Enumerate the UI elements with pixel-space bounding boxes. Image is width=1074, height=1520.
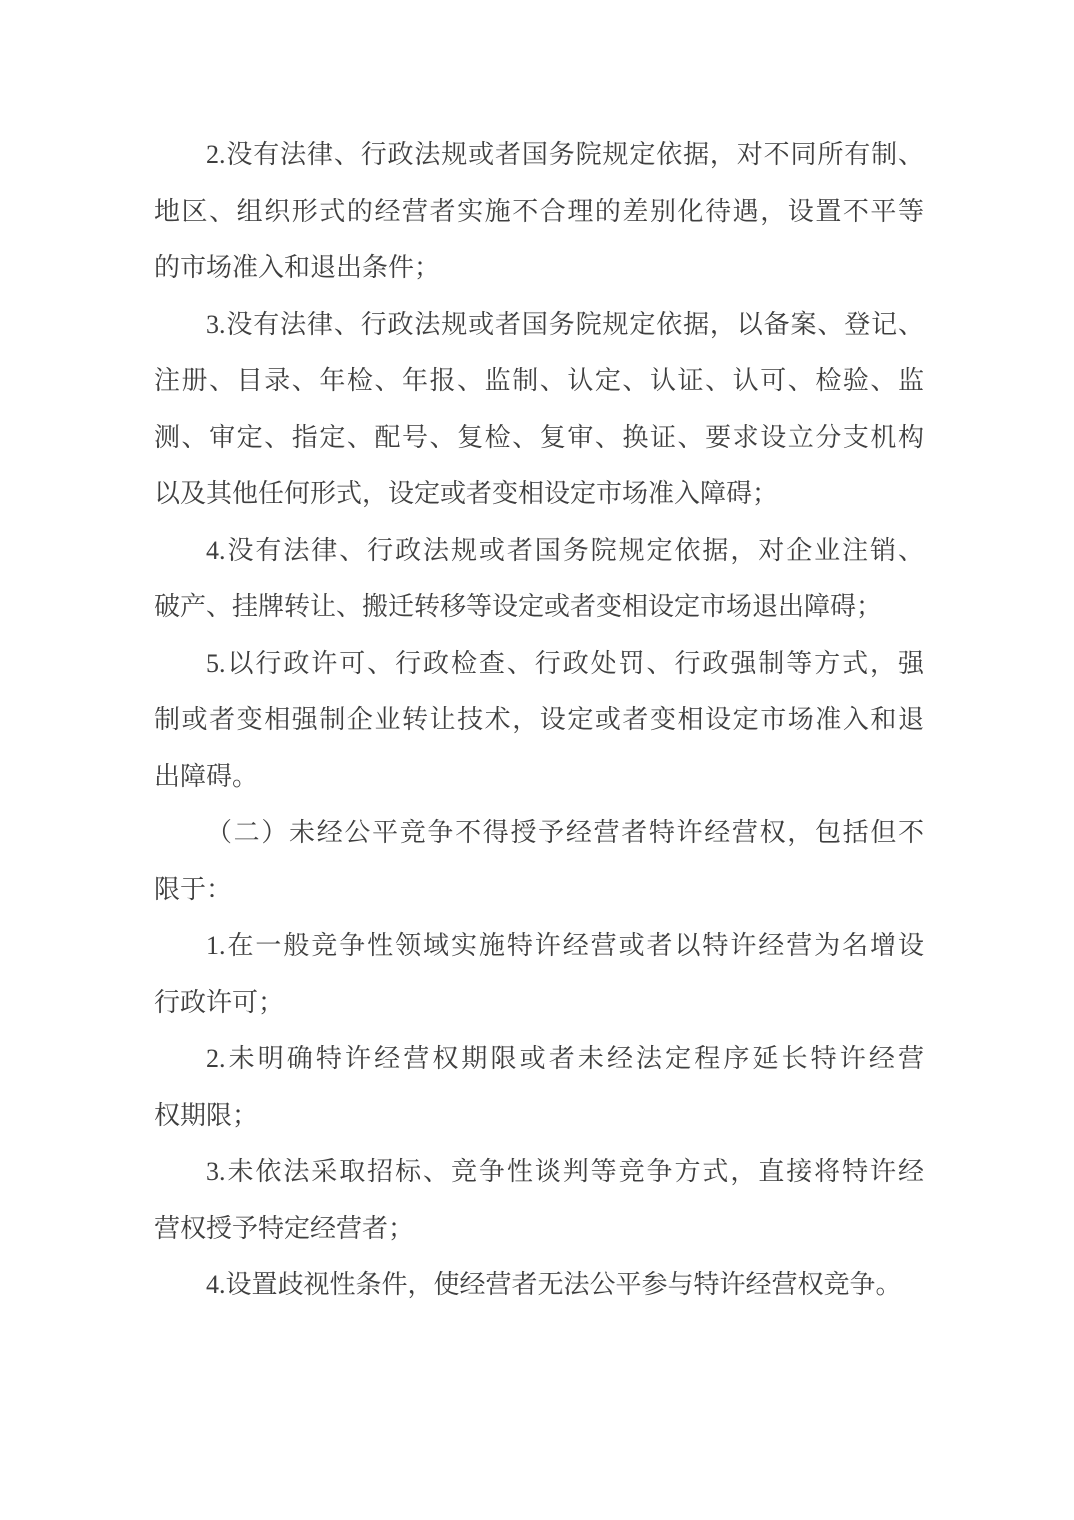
text-line: 破产、挂牌转让、搬迁转移等设定或者变相设定市场退出障碍； xyxy=(154,579,924,636)
text-line: 2.未明确特许经营权期限或者未经法定程序延长特许经营 xyxy=(154,1031,924,1088)
text-line: 出障碍。 xyxy=(154,749,924,806)
text-line: 限于： xyxy=(154,862,924,919)
text-line: 营权授予特定经营者； xyxy=(154,1201,924,1258)
text-line: 地区、组织形式的经营者实施不合理的差别化待遇，设置不平等 xyxy=(154,184,924,241)
text-line: 4.设置歧视性条件，使经营者无法公平参与特许经营权竞争。 xyxy=(154,1257,924,1314)
paragraph-item-1-3: 3.没有法律、行政法规或者国务院规定依据，以备案、登记、注册、目录、年检、年报、… xyxy=(154,297,924,523)
document-body: 2.没有法律、行政法规或者国务院规定依据，对不同所有制、地区、组织形式的经营者实… xyxy=(154,127,924,1314)
text-line: （二）未经公平竞争不得授予经营者特许经营权，包括但不 xyxy=(154,805,924,862)
text-line: 3.未依法采取招标、竞争性谈判等竞争方式，直接将特许经 xyxy=(154,1144,924,1201)
paragraph-item-1-5: 5.以行政许可、行政检查、行政处罚、行政强制等方式，强制或者变相强制企业转让技术… xyxy=(154,636,924,806)
text-line: 测、审定、指定、配号、复检、复审、换证、要求设立分支机构 xyxy=(154,410,924,467)
text-line: 4.没有法律、行政法规或者国务院规定依据，对企业注销、 xyxy=(154,523,924,580)
text-line: 的市场准入和退出条件； xyxy=(154,240,924,297)
text-line: 以及其他任何形式，设定或者变相设定市场准入障碍； xyxy=(154,466,924,523)
text-line: 5.以行政许可、行政检查、行政处罚、行政强制等方式，强 xyxy=(154,636,924,693)
paragraph-section-2-heading: （二）未经公平竞争不得授予经营者特许经营权，包括但不限于： xyxy=(154,805,924,918)
text-line: 3.没有法律、行政法规或者国务院规定依据，以备案、登记、 xyxy=(154,297,924,354)
text-line: 制或者变相强制企业转让技术，设定或者变相设定市场准入和退 xyxy=(154,692,924,749)
text-line: 注册、目录、年检、年报、监制、认定、认证、认可、检验、监 xyxy=(154,353,924,410)
paragraph-item-2-2: 2.未明确特许经营权期限或者未经法定程序延长特许经营权期限； xyxy=(154,1031,924,1144)
paragraph-item-2-3: 3.未依法采取招标、竞争性谈判等竞争方式，直接将特许经营权授予特定经营者； xyxy=(154,1144,924,1257)
text-line: 2.没有法律、行政法规或者国务院规定依据，对不同所有制、 xyxy=(154,127,924,184)
paragraph-item-2-1: 1.在一般竞争性领域实施特许经营或者以特许经营为名增设行政许可； xyxy=(154,918,924,1031)
text-line: 1.在一般竞争性领域实施特许经营或者以特许经营为名增设 xyxy=(154,918,924,975)
paragraph-item-1-4: 4.没有法律、行政法规或者国务院规定依据，对企业注销、破产、挂牌转让、搬迁转移等… xyxy=(154,523,924,636)
paragraph-item-1-2: 2.没有法律、行政法规或者国务院规定依据，对不同所有制、地区、组织形式的经营者实… xyxy=(154,127,924,297)
paragraph-item-2-4: 4.设置歧视性条件，使经营者无法公平参与特许经营权竞争。 xyxy=(154,1257,924,1314)
document-page: 2.没有法律、行政法规或者国务院规定依据，对不同所有制、地区、组织形式的经营者实… xyxy=(0,0,1074,1520)
text-line: 权期限； xyxy=(154,1088,924,1145)
text-line: 行政许可； xyxy=(154,975,924,1032)
